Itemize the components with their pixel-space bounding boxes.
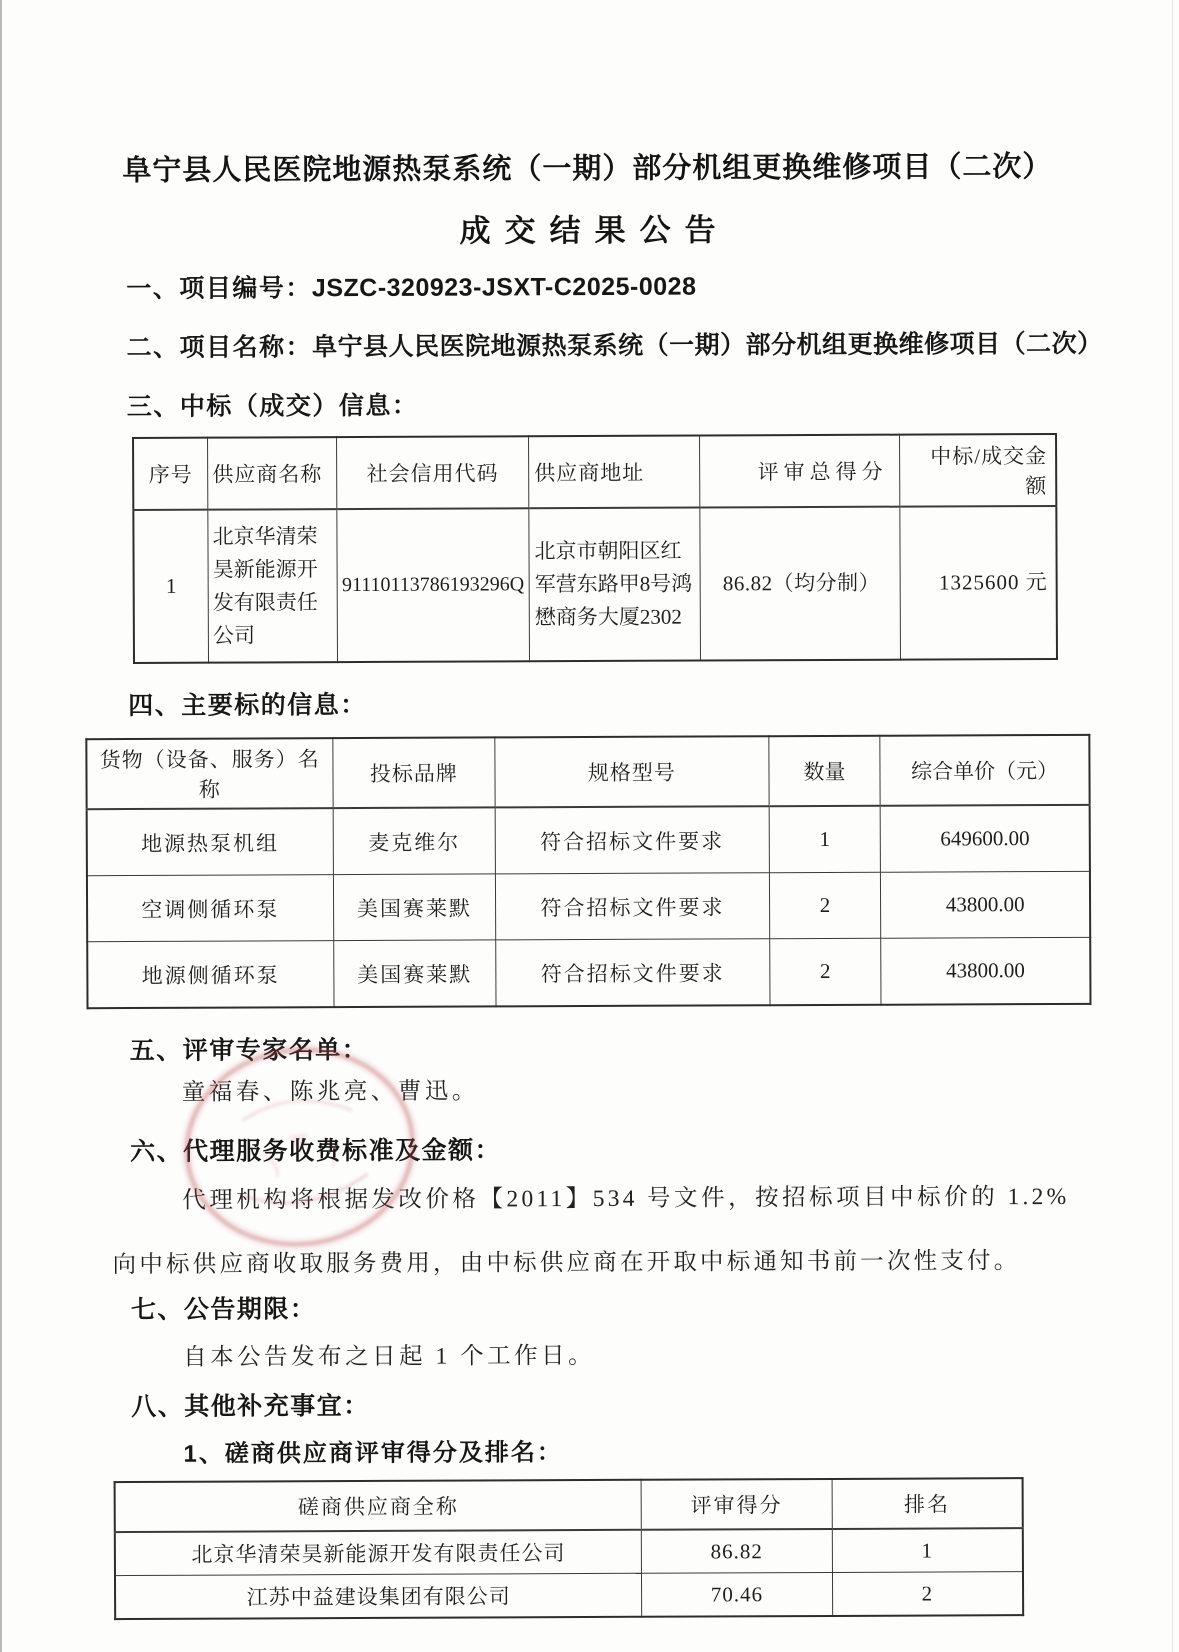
section-project-name-label: 二、项目名称：: [127, 333, 313, 362]
cell-total-score: 86.82（均分制）: [700, 507, 901, 661]
section-project-number: 一、项目编号：JSZC-320923-JSXT-C2025-0028: [126, 267, 1177, 306]
cell-brand: 美国赛莱默: [333, 874, 496, 941]
experts-list: 童福春、陈兆亮、曹迅。: [182, 1071, 1179, 1109]
cell-quantity: 2: [769, 872, 881, 938]
cell-rank: 2: [832, 1572, 1023, 1616]
cell-review-score: 70.46: [642, 1572, 833, 1616]
header-supplier-full-name: 磋商供应商全称: [115, 1480, 642, 1532]
table-row: 江苏中益建设集团有限公司 70.46 2: [115, 1572, 1023, 1619]
award-info-table-header: 序号 供应商名称 社会信用代码 供应商地址 评审总得分 中标/成交金额: [133, 434, 1056, 510]
header-review-score: 评审得分: [641, 1479, 832, 1530]
cell-quantity: 2: [769, 938, 881, 1005]
cell-quantity: 1: [769, 806, 881, 873]
cell-supplier: 北京华清荣昊新能源开发有限责任公司: [208, 509, 337, 663]
cell-goods-name: 空调侧循环泵: [87, 875, 333, 942]
table-header-row: 货物（设备、服务）名称 投标品牌 规格型号 数量 综合单价（元）: [86, 735, 1089, 809]
header-address: 供应商地址: [529, 436, 701, 509]
cell-unit-price: 43800.00: [881, 871, 1091, 938]
document-content: 阜宁县人民医院地源热泵系统（一期）部分机组更换维修项目（二次） 成交结果公告 一…: [0, 0, 1179, 1652]
subject-info-table-header: 货物（设备、服务）名称 投标品牌 规格型号 数量 综合单价（元）: [86, 735, 1089, 809]
cell-review-score: 86.82: [641, 1529, 832, 1573]
cell-brand: 麦克维尔: [333, 807, 496, 874]
cell-spec-model: 符合招标文件要求: [496, 873, 770, 940]
cell-address: 北京市朝阳区红军营东路甲8号鸿懋商务大厦2302: [529, 508, 701, 662]
cell-unit-price: 43800.00: [881, 937, 1091, 1004]
page-subtitle: 成交结果公告: [0, 207, 1177, 254]
table-header-row: 磋商供应商全称 评审得分 排名: [115, 1478, 1023, 1532]
header-unit-price: 综合单价（元）: [880, 735, 1090, 806]
header-goods-name: 货物（设备、服务）名称: [86, 738, 332, 809]
cell-supplier-full-name: 江苏中益建设集团有限公司: [115, 1573, 642, 1619]
header-rank: 排名: [832, 1478, 1023, 1529]
header-spec-model: 规格型号: [495, 736, 769, 807]
section-agency-fee-heading: 六、代理服务收费标准及金额：: [130, 1130, 1179, 1169]
cell-spec-model: 符合招标文件要求: [496, 939, 770, 1007]
cell-brand: 美国赛莱默: [333, 940, 496, 1007]
project-name-value: 阜宁县人民医院地源热泵系统（一期）部分机组更换维修项目（二次）: [312, 330, 1103, 361]
header-total-score: 评审总得分: [700, 435, 900, 508]
header-credit-code: 社会信用代码: [336, 436, 528, 509]
page-title: 阜宁县人民医院地源热泵系统（一期）部分机组更换维修项目（二次）: [0, 0, 1177, 191]
cell-serial: 1: [133, 510, 208, 663]
section-other-matters-heading: 八、其他补充事宜：: [131, 1385, 1179, 1424]
scanned-announcement-page: 阜宁县人民医院地源热泵系统（一期）部分机组更换维修项目（二次） 成交结果公告 一…: [0, 0, 1179, 1652]
section-project-name: 二、项目名称：阜宁县人民医院地源热泵系统（一期）部分机组更换维修项目（二次）: [127, 326, 1178, 365]
award-info-table: 序号 供应商名称 社会信用代码 供应商地址 评审总得分 中标/成交金额 1 北京…: [132, 433, 1058, 664]
header-award-amount: 中标/成交金额: [900, 434, 1056, 507]
header-brand: 投标品牌: [332, 737, 495, 808]
section-experts-heading: 五、评审专家名单：: [130, 1029, 1179, 1068]
section-award-info-heading: 三、中标（成交）信息：: [127, 385, 1178, 424]
header-quantity: 数量: [768, 736, 880, 806]
project-number-value: JSZC-320923-JSXT-C2025-0028: [312, 273, 697, 303]
table-row: 地源热泵机组 麦克维尔 符合招标文件要求 1 649600.00: [87, 805, 1090, 876]
announcement-period-text: 自本公告发布之日起 1 个工作日。: [183, 1336, 1179, 1374]
agency-fee-paragraph: 代理机构将根据发改价格【2011】534 号文件，按招标项目中标价的 1.2%向…: [112, 1165, 1070, 1297]
subject-info-table: 货物（设备、服务）名称 投标品牌 规格型号 数量 综合单价（元） 地源热泵机组 …: [85, 734, 1091, 1009]
table-row: 北京华清荣昊新能源开发有限责任公司 86.82 1: [115, 1528, 1023, 1575]
cell-goods-name: 地源热泵机组: [87, 808, 333, 876]
ranking-sub-heading: 1、磋商供应商评审得分及排名：: [183, 1433, 1179, 1471]
cell-rank: 1: [832, 1528, 1023, 1572]
cell-credit-code: 91110113786193296Q: [337, 508, 530, 662]
ranking-table-header: 磋商供应商全称 评审得分 排名: [115, 1478, 1023, 1532]
cell-award-amount: 1325600 元: [900, 506, 1057, 660]
cell-unit-price: 649600.00: [880, 805, 1090, 872]
section-project-number-label: 一、项目编号：: [126, 274, 312, 303]
header-serial: 序号: [133, 438, 208, 510]
table-header-row: 序号 供应商名称 社会信用代码 供应商地址 评审总得分 中标/成交金额: [133, 434, 1056, 510]
supplier-ranking-table: 磋商供应商全称 评审得分 排名 北京华清荣昊新能源开发有限责任公司 86.82 …: [114, 1477, 1025, 1620]
table-row: 地源侧循环泵 美国赛莱默 符合招标文件要求 2 43800.00: [87, 937, 1090, 1008]
section-subject-info-heading: 四、主要标的信息：: [128, 684, 1179, 723]
cell-goods-name: 地源侧循环泵: [87, 941, 333, 1009]
table-row: 空调侧循环泵 美国赛莱默 符合招标文件要求 2 43800.00: [87, 871, 1090, 941]
cell-supplier-full-name: 北京华清荣昊新能源开发有限责任公司: [115, 1530, 642, 1576]
cell-spec-model: 符合招标文件要求: [495, 806, 769, 874]
table-row: 1 北京华清荣昊新能源开发有限责任公司 91110113786193296Q 北…: [133, 506, 1057, 663]
header-supplier: 供应商名称: [208, 437, 337, 510]
